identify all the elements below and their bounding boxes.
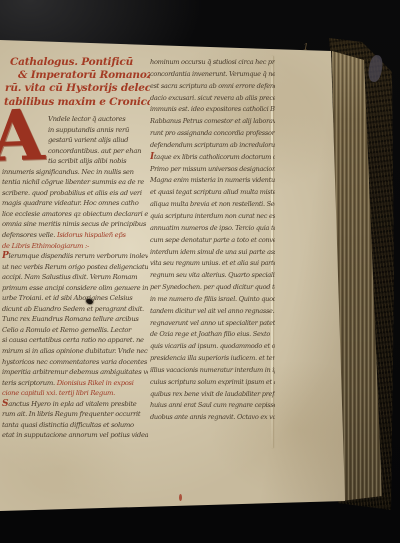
manuscript-line: aliqua multa brevia et non restellenti. … — [150, 199, 275, 211]
ink-text: et quasi tegat scriptura aliud multa mis… — [150, 188, 275, 196]
rubric-text: cione capituli xxi. tertij libri Regum. — [2, 389, 115, 397]
manuscript-line: cione capituli xxi. tertij libri Regum. — [2, 388, 148, 399]
manuscript-line: accipi. Nam Salustius dixit. Verum Romam — [2, 272, 148, 283]
ink-text: dacio excusari. sicut revera ab aliis pr… — [150, 94, 275, 102]
manuscript-line: innumeris significandus. Nec in nullis s… — [2, 167, 148, 178]
title-line: & Imperatorū Romanoz — [4, 69, 150, 82]
manuscript-line: rum ait. In libris Regum frequenter occu… — [2, 409, 148, 420]
manuscript-line: de Libris Ethimologiarum :- — [2, 241, 148, 252]
ink-text: cuius scriptura solum exprimit ipsum et … — [150, 378, 275, 386]
ink-text: tentia nichil cōgrue libenter summis ea … — [2, 178, 144, 186]
manuscript-line: tentia nichil cōgrue libenter summis ea … — [2, 177, 148, 188]
rubric-text: Dionisius Rikel in exposi — [57, 379, 134, 387]
ink-text: duobus ante annis regnavit. Octavo ex va… — [150, 413, 275, 421]
ink-text: lice ecclesie amatores qz obiectum decla… — [2, 210, 148, 218]
ink-text: anctus Hyero in epla ad vitalem presbite — [8, 400, 136, 408]
manuscript-line: ut nec verbis Rerum origo postea deligen… — [2, 262, 148, 273]
ink-text: ut nec verbis Rerum origo postea deligen… — [2, 263, 148, 271]
ink-text: taque ex libris catholicorum doctorum co… — [154, 153, 275, 161]
ink-text: quis vicariis ad ipsum. quodammodo et or… — [150, 342, 275, 350]
ink-text: in supputandis annis rerū — [48, 126, 129, 134]
ink-text: aliqua multa brevia et non restellenti. … — [150, 200, 275, 208]
red-ink-mark — [179, 494, 182, 501]
manuscript-line: teris scriptorum. Dionisius Rikel in exp… — [2, 378, 148, 389]
manuscript-line: concordantia invenerunt. Verumque q̄ nec… — [150, 69, 275, 81]
ink-text: urbe Troiani. et id sibi Aborigines Cels… — [2, 294, 132, 302]
manuscript-line: quibus rex bene vixit de laudabiliter pr… — [150, 389, 275, 401]
ink-text: vita seu regnum unius. et et alia sui pa… — [150, 259, 275, 267]
ink-text: Celio a Romulo et Remo gemellis. Lector — [2, 326, 131, 334]
ink-text: Tunc rex Euandrus Romana tellure arcibus — [2, 315, 139, 323]
ink-text: etat in supputacione annorum vel potius … — [2, 431, 148, 439]
ink-text: hominum occursu q̄ studiosi circa hec pr… — [150, 58, 275, 66]
ink-text: imperitia arbitremur debemus ambiguitate… — [2, 368, 148, 376]
manuscript-line: tanta quasi distinctia difficultas et so… — [2, 420, 148, 431]
ink-text: regnaverunt vel anno ut specialiter pate… — [150, 319, 275, 327]
ink-text: hystoricos nec commentatores varia docen… — [2, 358, 147, 366]
manuscript-line: hystoricos nec commentatores varia docen… — [2, 357, 148, 368]
ink-text: huius anni erat Saul cum regnare cepisse… — [150, 401, 275, 409]
ink-text: tia scribit alijs alibi nobis — [48, 157, 126, 165]
ink-text: Vndele lector q̄ auctores — [48, 115, 125, 123]
ink-text: si causa certatibus certa ratio no appar… — [2, 336, 144, 344]
manuscript-line: quia scriptura interdum non curat nec es… — [150, 211, 275, 223]
ink-text: annuatim numeros de ipso. Tercio quia te… — [150, 224, 275, 232]
manuscript-line: Tunc rex Euandrus Romana tellure arcibus — [2, 314, 148, 325]
manuscript-line: Rabbanus Petrus comestor et alij laborav… — [150, 116, 275, 128]
manuscript-line: Primo per missum universos designacionem — [150, 164, 275, 176]
manuscript-line: runt pro assignanda concordia professoru… — [150, 128, 275, 140]
ink-text: defensores velle. — [2, 231, 57, 239]
manuscript-line: de Ozia rege et Joathan filio eius. Sext… — [150, 329, 275, 341]
left-text-column: Vndele lector q̄ auctoresin supputandis … — [2, 114, 148, 441]
manuscript-line: tia scribit alijs alibi nobis — [48, 156, 148, 167]
manuscript-line: defensores velle. Isidorus hispalieñ ep̄… — [2, 230, 148, 241]
manuscript-line: huius anni erat Saul cum regnare cepisse… — [150, 400, 275, 412]
ink-text: innumeris significandus. Nec in nullis s… — [2, 168, 134, 176]
folio-number: 1 — [303, 43, 309, 53]
ink-text: per Synedochen. per quod dicitur quod to… — [150, 283, 275, 291]
ink-text: in me numero de filiis israel. Quinto qu… — [150, 295, 275, 303]
ink-text: cum sepe denotatur parte a toto et conve… — [150, 236, 275, 244]
ink-text: teris scriptorum. — [2, 379, 57, 387]
manuscript-line: imperitia arbitremur debemus ambiguitate… — [2, 367, 148, 378]
ink-text: accipi. Nam Salustius dixit. Verum Romam — [2, 273, 137, 281]
ink-text: quibus rex bene vixit de laudabiliter pr… — [150, 390, 275, 398]
manuscript-line: lice ecclesie amatores qz obiectum decla… — [2, 209, 148, 220]
ink-text: tandem dicitur vel ait vel anno regnasse… — [150, 307, 275, 315]
manuscript-line: Celio a Romulo et Remo gemellis. Lector — [2, 325, 148, 336]
manuscript-line: primum esse ancipi considere olim genuer… — [2, 283, 148, 294]
manuscript-line: regnum seu vita alterius. Quarto special… — [150, 270, 275, 282]
ink-text: regnum seu vita alterius. Quarto special… — [150, 271, 275, 279]
manuscript-line: concordantibus. aut per ehan — [48, 146, 148, 157]
ink-text: illius vacacionis numeratur interdum in … — [150, 366, 275, 374]
ink-text: magis quadrare videatur. Hoc omnes catho — [2, 199, 139, 207]
manuscript-line: illius vacacionis numeratur interdum in … — [150, 365, 275, 377]
ink-text: interdum idem simul de una sui parte ass… — [150, 248, 275, 256]
ink-text: est sacra scriptura ab omni errore defen… — [150, 82, 275, 90]
manuscript-line: per Synedochen. per quod dicitur quod to… — [150, 282, 275, 294]
manuscript-line: vita seu regnum unius. et et alia sui pa… — [150, 258, 275, 270]
manuscript-line: mirum si in alias opinione dubitatur. Vn… — [2, 346, 148, 357]
manuscript-line: Plerumque dispendiis rerum verborum inol… — [2, 251, 148, 262]
ink-text: Rabbanus Petrus comestor et alij laborav… — [150, 117, 275, 125]
title-line: Cathalogus. Pontificū — [4, 56, 150, 69]
ink-text: concordantia invenerunt. Verumque q̄ nec… — [150, 70, 275, 78]
manuscript-line: duobus ante annis regnavit. Octavo ex va… — [150, 412, 275, 424]
ink-text: immunis est. ideo expositores catholici … — [150, 105, 275, 113]
ink-text: rum ait. In libris Regum frequenter occu… — [2, 410, 140, 418]
ink-text: primum esse ancipi considere olim genuer… — [2, 284, 148, 292]
ink-text: omnia sine meritis nimis secus de princi… — [2, 220, 146, 228]
ink-text: presidencia illa superioris iudicem. et … — [150, 354, 275, 362]
rubric-text: Isidorus hispalieñ ep̄s — [57, 231, 126, 239]
right-text-column: hominum occursu q̄ studiosi circa hec pr… — [150, 57, 275, 424]
manuscript-line: annuatim numeros de ipso. Tercio quia te… — [150, 223, 275, 235]
manuscript-line: dicunt ab Euandro Sedem et peragrant dix… — [2, 304, 148, 315]
manuscript-line: urbe Troiani. et id sibi Aborigines Cels… — [2, 293, 148, 304]
manuscript-line: et quasi tegat scriptura aliud multa mis… — [150, 187, 275, 199]
manuscript-line: si causa certatibus certa ratio no appar… — [2, 335, 148, 346]
ink-text: mirum si in alias opinione dubitatur. Vn… — [2, 347, 148, 355]
manuscript-line: dacio excusari. sicut revera ab aliis pr… — [150, 93, 275, 105]
ink-text: quia scriptura interdum non curat nec es… — [150, 212, 275, 220]
ink-text: lerumque dispendiis rerum verborum inole… — [8, 252, 148, 260]
ink-text: Magna enim misteria in numeris videntur — [150, 176, 275, 184]
manuscript-line: defendendum scripturam ab incredulorum c… — [150, 140, 275, 152]
manuscript-line: est sacra scriptura ab omni errore defen… — [150, 81, 275, 93]
rubric-text: de Libris Ethimologiarum :- — [2, 242, 89, 250]
manuscript-photo: Cathalogus. Pontificū& Imperatorū Romano… — [0, 0, 400, 543]
manuscript-line: magis quadrare videatur. Hoc omnes catho — [2, 198, 148, 209]
ink-text: runt pro assignanda concordia professoru… — [150, 129, 275, 137]
manuscript-line: quis vicariis ad ipsum. quodammodo et or… — [150, 341, 275, 353]
ink-text: concordantibus. aut per ehan — [48, 147, 141, 155]
manuscript-line: cum sepe denotatur parte a toto et conve… — [150, 235, 275, 247]
manuscript-line: interdum idem simul de una sui parte ass… — [150, 247, 275, 259]
manuscript-line: in me numero de filiis israel. Quinto qu… — [150, 294, 275, 306]
ink-text: tanta quasi distinctia difficultas et so… — [2, 421, 134, 429]
manuscript-line: omnia sine meritis nimis secus de princi… — [2, 219, 148, 230]
ink-text: dicunt ab Euandro Sedem et peragrant dix… — [2, 305, 144, 313]
manuscript-line: Vndele lector q̄ auctores — [48, 114, 148, 125]
manuscript-line: hominum occursu q̄ studiosi circa hec pr… — [150, 57, 275, 69]
ink-text: scribere. quod probabilius et aliis eis … — [2, 189, 142, 197]
manuscript-line: immunis est. ideo expositores catholici … — [150, 104, 275, 116]
manuscript-line: cuius scriptura solum exprimit ipsum et … — [150, 377, 275, 389]
manuscript-line: Sanctus Hyero in epla ad vitalem presbit… — [2, 399, 148, 410]
ink-text: gestarū varient alijs aliud — [48, 136, 128, 144]
manuscript-line: scribere. quod probabilius et aliis eis … — [2, 188, 148, 199]
manuscript-line: Magna enim misteria in numeris videntur — [150, 175, 275, 187]
ink-text: defendendum scripturam ab incredulorum c… — [150, 141, 275, 149]
manuscript-line: in supputandis annis rerū — [48, 125, 148, 136]
manuscript-line: regnaverunt vel anno ut specialiter pate… — [150, 318, 275, 330]
manuscript-line: gestarū varient alijs aliud — [48, 135, 148, 146]
manuscript-line: tandem dicitur vel ait vel anno regnasse… — [150, 306, 275, 318]
ink-text: de Ozia rege et Joathan filio eius. Sext… — [150, 330, 270, 338]
ink-text: Primo per missum universos designacionem — [150, 165, 275, 173]
manuscript-line: etat in supputacione annorum vel potius … — [2, 430, 148, 441]
manuscript-line: presidencia illa superioris iudicem. et … — [150, 353, 275, 365]
manuscript-line: Itaque ex libris catholicorum doctorum c… — [150, 152, 275, 164]
